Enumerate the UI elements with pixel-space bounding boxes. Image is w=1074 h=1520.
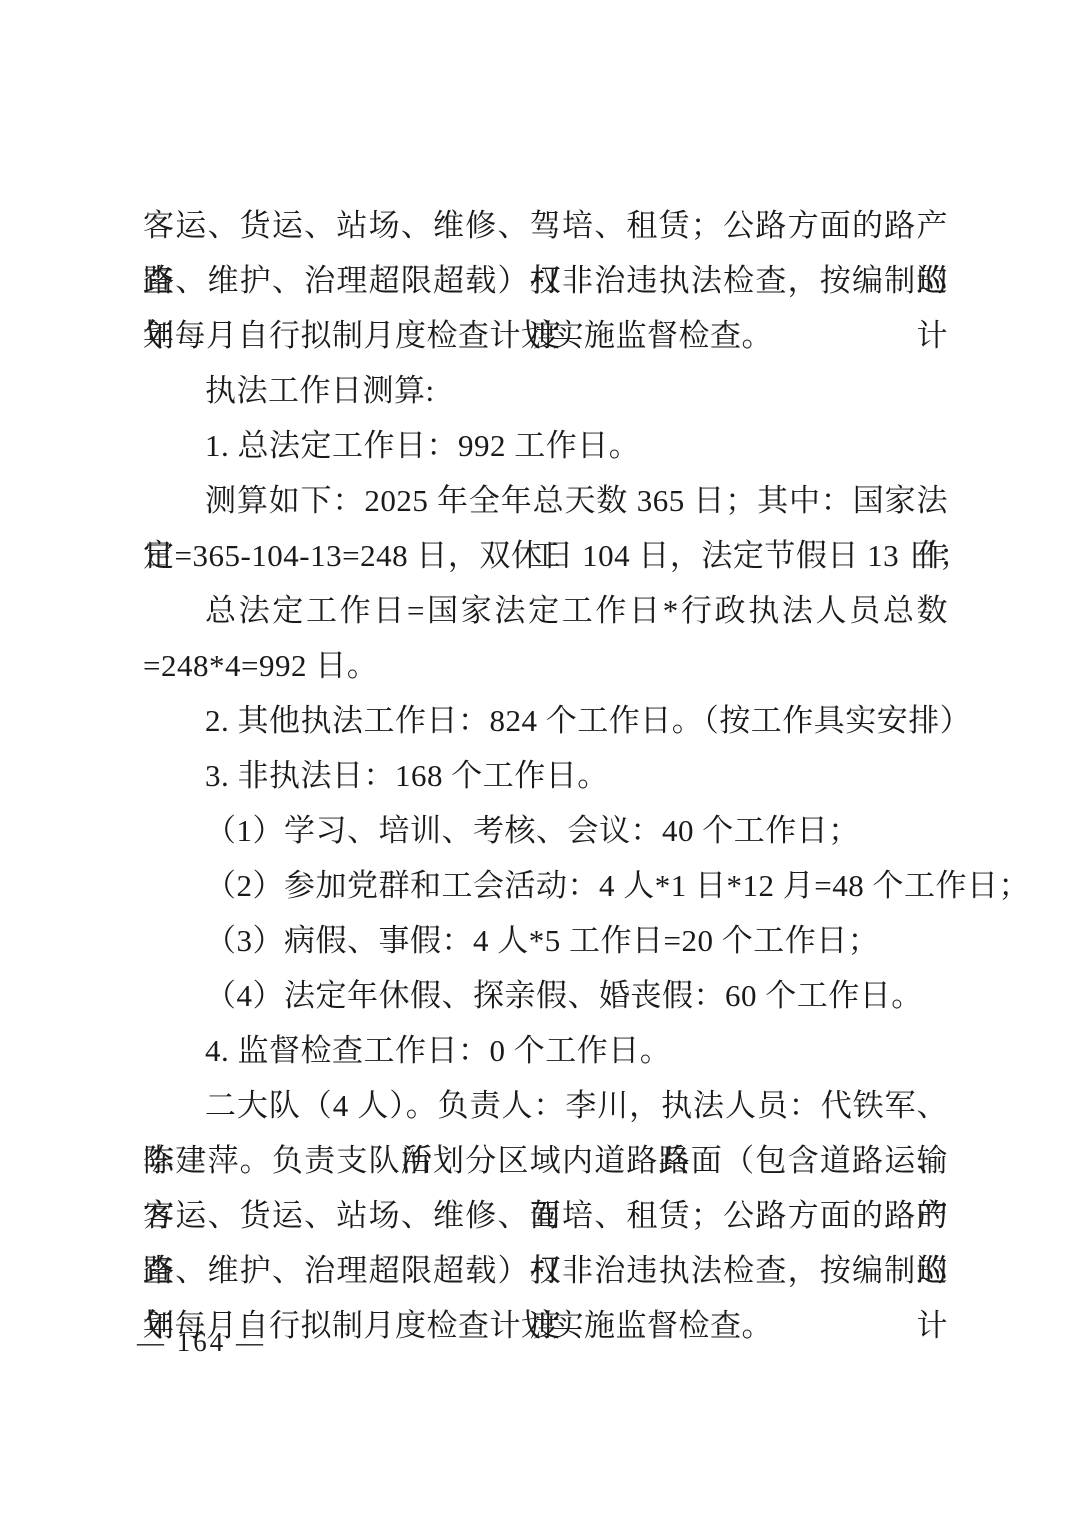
body-text-line-10: 2. 其他执法工作日：824 个工作日。（按工作具实安排） bbox=[143, 693, 948, 748]
body-text-line-12: （1）学习、培训、考核、会议：40 个工作日； bbox=[143, 803, 948, 858]
body-text-line-13: （2）参加党群和工会活动：4 人*1 日*12 月=48 个工作日； bbox=[143, 858, 948, 913]
body-text-line-5: 1. 总法定工作日：992 工作日。 bbox=[143, 418, 948, 473]
body-text-line-16: 4. 监督检查工作日：0 个工作日。 bbox=[143, 1023, 948, 1078]
body-text-line-2: 查、维护、治理超限超载）打非治违执法检查，按编制的年度计 bbox=[143, 253, 948, 308]
body-text-line-11: 3. 非执法日：168 个工作日。 bbox=[143, 748, 948, 803]
body-text-line-4: 执法工作日测算: bbox=[143, 363, 948, 418]
body-text-line-14: （3）病假、事假：4 人*5 工作日=20 个工作日； bbox=[143, 913, 948, 968]
body-text-line-20: 查、维护、治理超限超载）打非治违执法检查，按编制的年度计 bbox=[143, 1243, 948, 1298]
body-text-line-6: 测算如下：2025 年全年总天数 365 日；其中：国家法定工作 bbox=[143, 473, 948, 528]
body-text-line-1: 客运、货运、站场、维修、驾培、租赁；公路方面的路产路权巡 bbox=[143, 198, 948, 253]
body-text-line-19: 客运、货运、站场、维修、驾培、租赁；公路方面的路产路权巡 bbox=[143, 1188, 948, 1243]
body-text-line-18: 李建萍。负责支队所划分区域内道路路面（包含道路运输方面的 bbox=[143, 1133, 948, 1188]
body-text-line-7: 日=365-104-13=248 日，双休日 104 日，法定节假日 13 日； bbox=[143, 528, 948, 583]
body-text-line-8: 总法定工作日=国家法定工作日*行政执法人员总数 bbox=[143, 583, 948, 638]
document-body: 客运、货运、站场、维修、驾培、租赁；公路方面的路产路权巡查、维护、治理超限超载）… bbox=[143, 198, 948, 1353]
body-text-line-17: 二大队（4 人）。负责人：李川，执法人员：代铁军、陈治兵、 bbox=[143, 1078, 948, 1133]
body-text-line-9: =248*4=992 日。 bbox=[143, 638, 948, 693]
document-page: 客运、货运、站场、维修、驾培、租赁；公路方面的路产路权巡查、维护、治理超限超载）… bbox=[0, 0, 1074, 1520]
body-text-line-15: （4）法定年休假、探亲假、婚丧假：60 个工作日。 bbox=[143, 968, 948, 1023]
page-number: — 164 — bbox=[137, 1327, 266, 1357]
